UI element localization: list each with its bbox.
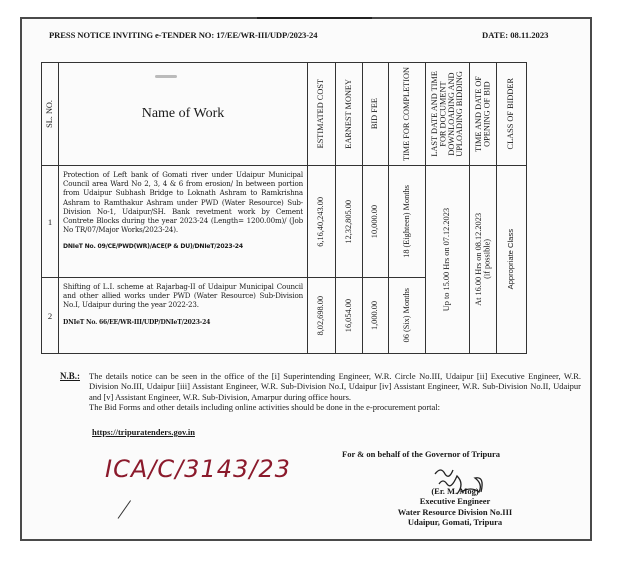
col-header-time-for-completion: TIME FOR COMPLETION <box>389 63 426 166</box>
notes-text-portal: The Bid Forms and other details includin… <box>89 402 440 412</box>
col-header-opening: TIME AND DATE OFOPENING OF BID <box>470 63 497 166</box>
top-edge-mark <box>257 17 372 19</box>
handwritten-reference: ICA/C/3143/23 <box>105 455 291 483</box>
shared-last-date: Up to 15.00 Hrs on 07.12.2023 <box>426 166 470 354</box>
row-name-of-work: Shifting of L.I. scheme at Rajarbag-II o… <box>59 278 308 354</box>
row-bid-fee: 1,000.00 <box>363 278 389 354</box>
row-dniet: DNIeT No. 09/CE/PWD(WR)/ACE(P & DU)/DNIe… <box>63 243 303 250</box>
row-earnest-money: 16,054.00 <box>336 278 363 354</box>
table-row: 1 Protection of Left bank of Gomati rive… <box>42 166 527 278</box>
portal-link[interactable]: https://tripuratenders.gov.in <box>92 427 195 437</box>
row-earnest-money: 12,32,805.00 <box>336 166 363 278</box>
signatory-designation: Executive Engineer <box>360 496 550 506</box>
col-header-bid-fee: BID FEE <box>363 63 389 166</box>
pen-scribble <box>155 75 177 78</box>
row-sl-no: 1 <box>42 166 59 278</box>
col-header-name-of-work: Name of Work <box>59 63 308 166</box>
signatory-division: Water Resource Division No.III <box>360 507 550 517</box>
signature-block: (Er. M. Mog) Executive Engineer Water Re… <box>360 470 550 528</box>
table-header-row: SL. NO. Name of Work ESTIMATED COST EARN… <box>42 63 527 166</box>
col-header-last-date: LAST DATE AND TIMEFOR DOCUMENTDOWNLOADIN… <box>426 63 470 166</box>
row-dniet: DNIeT No. 66/EE/WR-III/UDP/DNIeT/2023-24 <box>63 319 303 326</box>
col-header-earnest-money: EARNEST MONEY <box>336 63 363 166</box>
row-bid-fee: 10,000.00 <box>363 166 389 278</box>
col-header-estimated-cost: ESTIMATED COST <box>308 63 336 166</box>
signatory-location: Udaipur, Gomati, Tripura <box>360 517 550 527</box>
row-estimated-cost: 6,16,40,243.00 <box>308 166 336 278</box>
col-header-sl-no: SL. NO. <box>42 63 59 166</box>
signatory-name: (Er. M. Mog) <box>360 486 550 496</box>
row-sl-no: 2 <box>42 278 59 354</box>
col-header-class-of-bidder: CLASS OF BIDDER <box>497 63 527 166</box>
row-name-of-work: Protection of Left bank of Gomati river … <box>59 166 308 278</box>
row-time-for-completion: 18 (Eighteen) Months <box>389 166 426 278</box>
row-estimated-cost: 8,02,698.00 <box>308 278 336 354</box>
notice-date: DATE: 08.11.2023 <box>482 30 548 40</box>
shared-opening-date: At 16.00 Hrs on 08.12.2023(if possible) <box>470 166 497 354</box>
notice-title: PRESS NOTICE INVITING e-TENDER NO: 17/EE… <box>49 30 317 40</box>
notes-label: N.B.: <box>60 371 80 381</box>
notes-text: The details notice can be seen in the of… <box>89 371 581 402</box>
row-time-for-completion: 06 (Six) Months <box>389 278 426 354</box>
tender-table: SL. NO. Name of Work ESTIMATED COST EARN… <box>41 62 527 354</box>
behalf-line: For & on behalf of the Governor of Tripu… <box>342 449 500 459</box>
shared-class-of-bidder: Appropriate Class <box>497 166 527 354</box>
